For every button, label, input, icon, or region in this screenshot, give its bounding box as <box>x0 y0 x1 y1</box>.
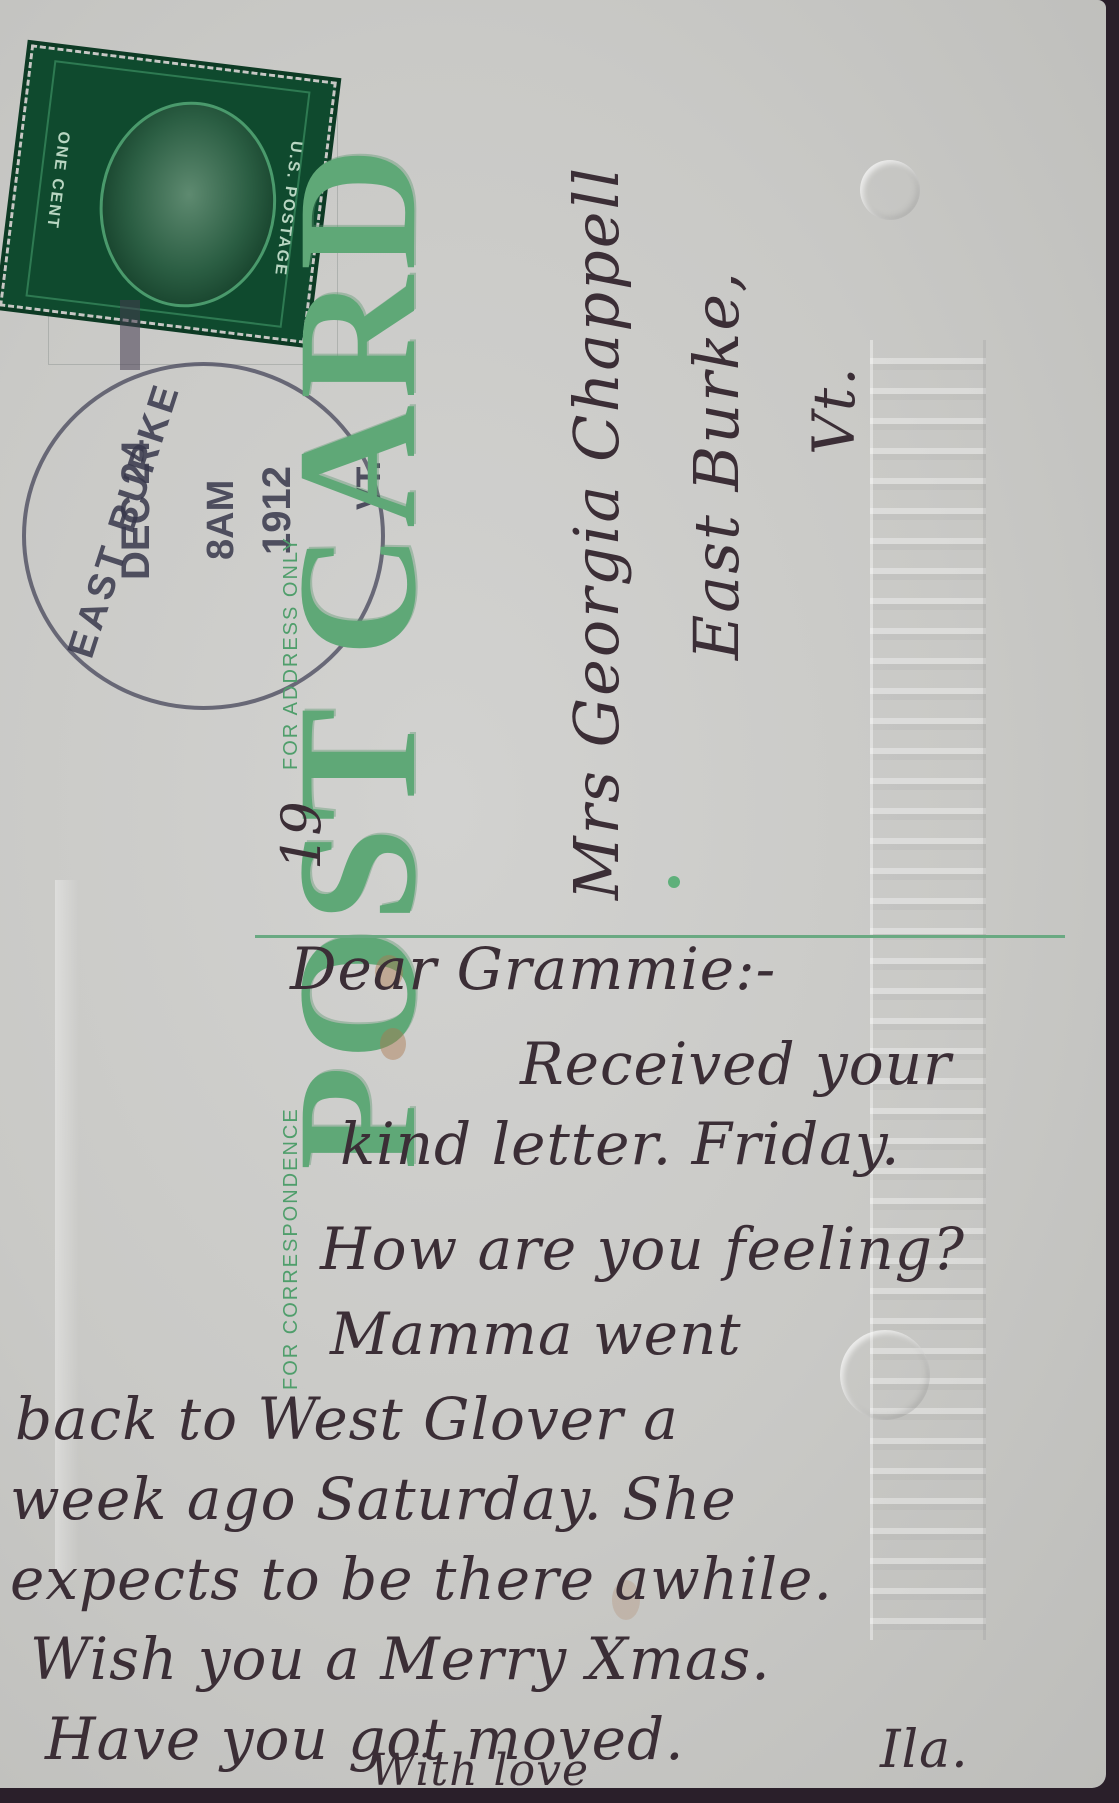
message-closing: With love <box>370 1745 589 1788</box>
embossed-holly-icon <box>860 160 920 220</box>
stamp-denomination: ONE CENT <box>42 130 72 230</box>
postcard-back: ONE CENT U.S. POSTAGE EAST BURKE DEC 24 … <box>0 0 1106 1788</box>
message-line: expects to be there awhile. <box>10 1545 833 1613</box>
message-line: How are you feeling? <box>320 1215 965 1283</box>
ink-dot <box>668 876 680 888</box>
message-line: Mamma went <box>330 1300 742 1368</box>
message-line: back to West Glover a <box>15 1385 679 1453</box>
address-only-label: FOR ADDRESS ONLY <box>280 536 303 770</box>
date-note: 19 <box>270 801 333 870</box>
address-town: East Burke, <box>680 270 753 660</box>
postmark-day: 24 <box>114 440 158 485</box>
address-state: Vt. <box>800 365 868 455</box>
message-line: Wish you a Merry Xmas. <box>30 1625 771 1693</box>
cancel-mark <box>120 300 140 370</box>
message-line: Received your <box>520 1030 952 1098</box>
message-signature: Ila. <box>880 1720 969 1780</box>
postmark-month: DEC <box>114 496 158 580</box>
postmark-time: 8AM <box>200 480 243 560</box>
message-line: kind letter. Friday. <box>340 1110 900 1178</box>
correspondence-label: FOR CORRESPONDENCE <box>280 1107 303 1390</box>
message-line: week ago Saturday. She <box>10 1465 737 1533</box>
stamp-portrait-icon <box>88 92 288 318</box>
stain-mark <box>380 1028 406 1060</box>
message-line: Dear Grammie:- <box>290 935 776 1003</box>
embossed-holly-icon <box>840 1330 930 1420</box>
postmark-date: DEC 24 <box>115 440 157 580</box>
address-recipient: Mrs Georgia Chappell <box>560 166 633 900</box>
embossed-border-decoration <box>870 340 986 1640</box>
